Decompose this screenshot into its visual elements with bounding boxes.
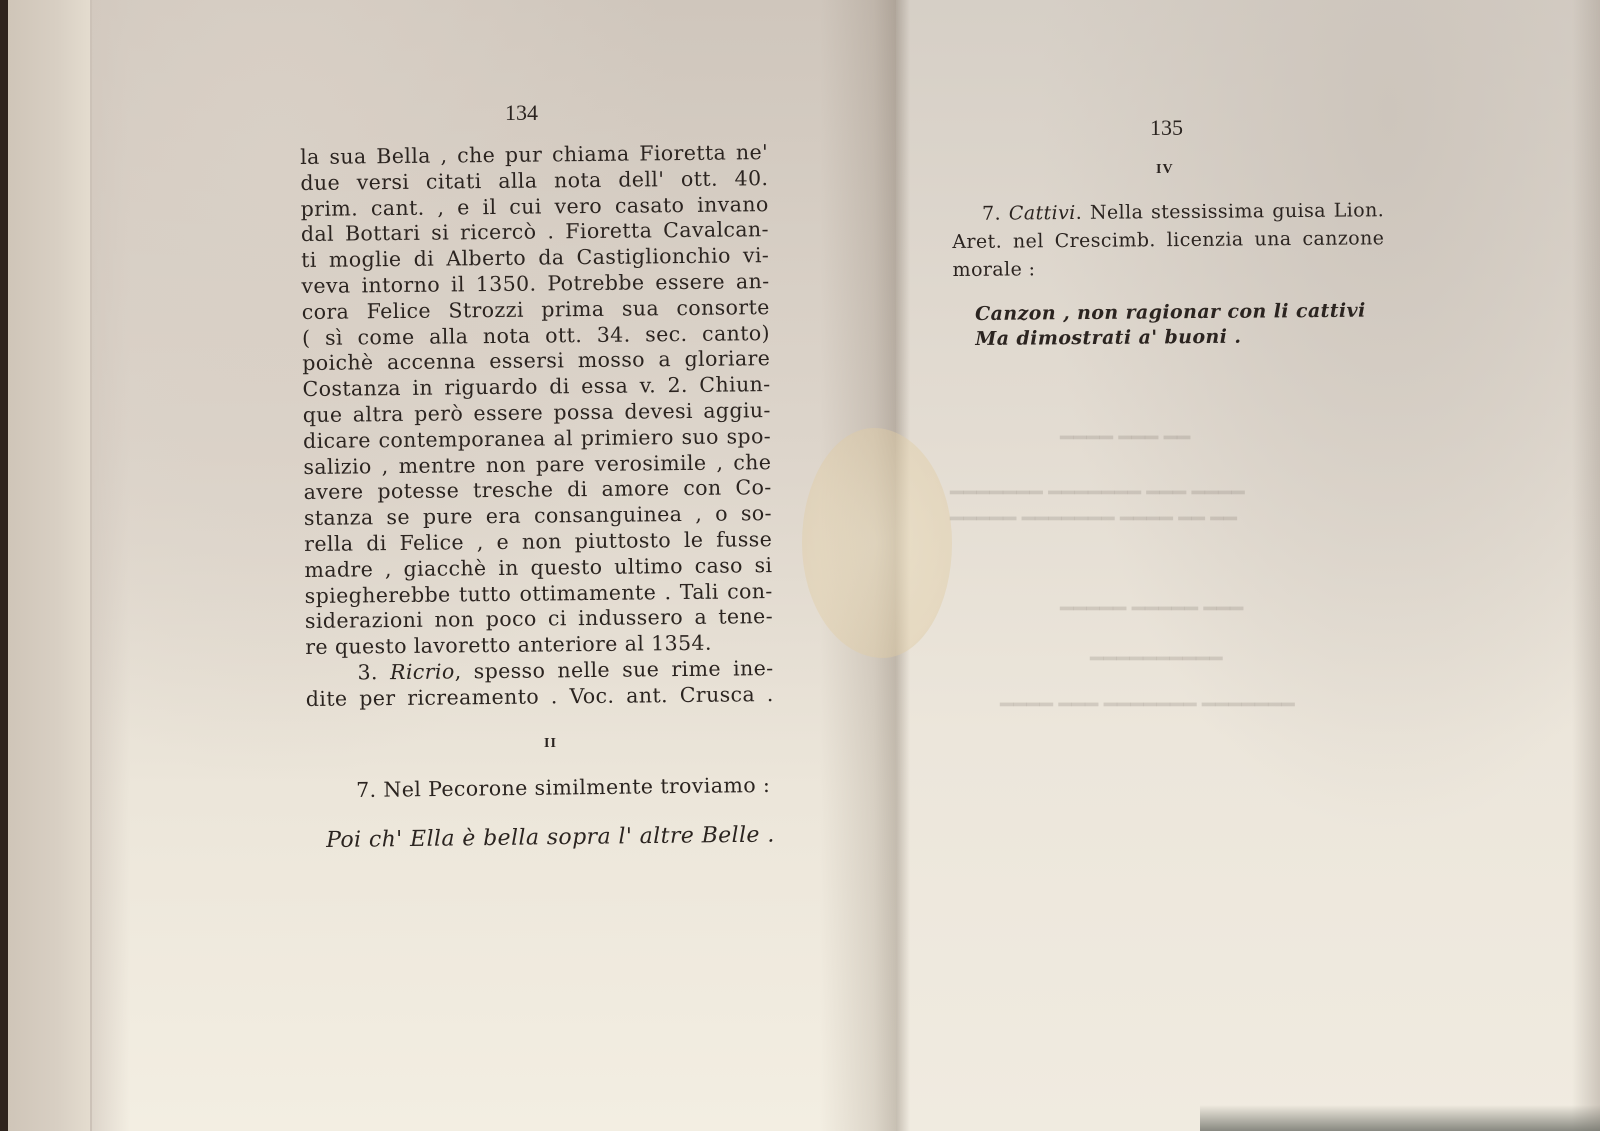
right-page-edge-shade bbox=[1572, 0, 1600, 1131]
note-text: . Nella stessissima guisa Lion. bbox=[1076, 199, 1385, 224]
note-number: 3. bbox=[357, 660, 378, 684]
note-3-line-2: dite per ricreamento . Voc. ant. Crusca … bbox=[306, 682, 774, 713]
left-page-body: la sua Bella , che pur chiama Fioretta n… bbox=[300, 140, 774, 712]
water-stain bbox=[802, 428, 952, 658]
note-text: Nel Pecorone similmente troviamo : bbox=[383, 773, 770, 802]
page-number-right: 135 bbox=[1150, 115, 1183, 141]
bleed-through-texture: ━━━━━━━━━━ bbox=[1090, 646, 1222, 672]
quote-right: Canzon , non ragionar con li cattivi Ma … bbox=[975, 299, 1366, 352]
right-page-body: 7. Cattivi. Nella stessissima guisa Lion… bbox=[952, 196, 1385, 284]
note-term: Ricrio bbox=[390, 659, 455, 684]
note-number: 7. bbox=[982, 203, 1001, 225]
book-photo: ━━ ━━━ ━━━━ ━━━━ ━━━ ━━━━━━━ ━━━━━━━ ━━ … bbox=[0, 0, 1600, 1131]
section-numeral-right: IV bbox=[1156, 162, 1174, 178]
left-page-stacked-edges bbox=[8, 0, 92, 1131]
table-surface-shadow bbox=[1200, 1105, 1600, 1131]
note-number: 7. bbox=[356, 778, 377, 802]
bleed-through-texture: ━━━━ ━━━ ━━━━━━━ ━━━━━━━ bbox=[950, 480, 1245, 506]
page-number-left: 134 bbox=[505, 100, 538, 126]
quote-line: Canzon , non ragionar con li cattivi bbox=[975, 299, 1366, 327]
bleed-through-texture: ━━ ━━ ━━━━ ━━━━━━━ ━━━━━ bbox=[950, 506, 1237, 532]
bleed-through-texture: ━━ ━━━ ━━━━ bbox=[1060, 425, 1190, 451]
left-page-edge-shade bbox=[90, 0, 130, 1131]
bleed-through-texture: ━━━ ━━━━━ ━━━━━ bbox=[1060, 596, 1243, 622]
bleed-through-texture: ━━━━━━━ ━━━━━━━ ━━━ ━━━━ bbox=[1000, 692, 1295, 718]
quote-left: Poi ch' Ella è bella sopra l' altre Bell… bbox=[326, 823, 775, 854]
note-7-line-1: 7. Cattivi. Nella stessissima guisa Lion… bbox=[952, 196, 1384, 228]
note-text: , spesso nelle sue rime ine- bbox=[455, 656, 774, 683]
section-numeral-left: II bbox=[544, 736, 557, 752]
right-page bbox=[896, 0, 1600, 1131]
note-7-line-3: morale : bbox=[952, 252, 1384, 284]
note-term: Cattivi bbox=[1009, 202, 1076, 225]
note-7-left: 7. Nel Pecorone similmente troviamo : bbox=[356, 773, 770, 804]
note-7-line-2: Aret. nel Crescimb. licenzia una canzone bbox=[952, 224, 1384, 256]
quote-line: Ma dimostrati a' buoni . bbox=[975, 324, 1366, 352]
